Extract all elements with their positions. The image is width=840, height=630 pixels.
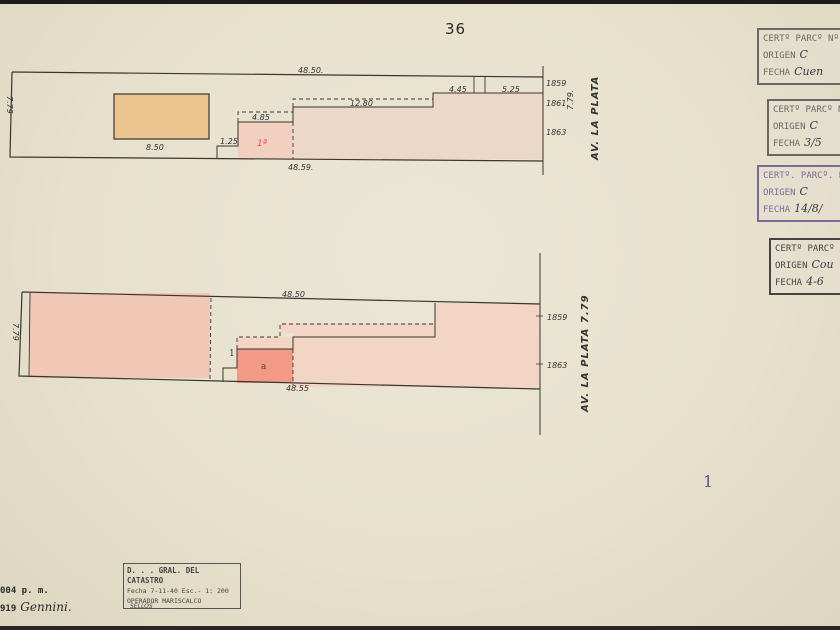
origen-label: ORIGEN bbox=[763, 51, 796, 61]
unit-mark: 1ª bbox=[257, 139, 268, 149]
stamp-title: CERTº PARCº Nº bbox=[773, 103, 840, 118]
mid-dim-label: 12.80 bbox=[350, 99, 373, 108]
fecha-label: FECHA bbox=[775, 278, 802, 288]
small-dim-label: 1.25 bbox=[220, 137, 238, 146]
house-number-1859: 1859 bbox=[546, 79, 566, 88]
bottom-length-label: 48.59. bbox=[288, 163, 313, 172]
street-width-label: 7.79. bbox=[566, 90, 575, 110]
plan-top: 48.50. 48.59. 8.50 1.25 4.85 12.80 4.45 … bbox=[5, 66, 601, 175]
margin-mark: 1 bbox=[703, 472, 713, 491]
small-dim-label-2: 4.85 bbox=[252, 113, 270, 122]
footer-line-2: 919Gennini. bbox=[0, 600, 72, 614]
origen-label: ORIGEN bbox=[775, 261, 808, 271]
inner-rect-label: 8.50 bbox=[146, 143, 164, 152]
origen-value: C bbox=[800, 185, 808, 198]
cert-stamp-4: CERTº PARCº ORIGENCou FECHA4-6 bbox=[769, 238, 840, 295]
fecha-label: FECHA bbox=[763, 205, 790, 215]
seg-dim-label-1: 4.45 bbox=[449, 85, 467, 94]
catastro-title: D. . . GRAL. DEL CATASTRO bbox=[127, 566, 237, 586]
unit-mark: a bbox=[261, 362, 267, 372]
plan-bottom: 48.50 48.55 a 1 7.79 1859 1863 AV. LA PL… bbox=[11, 253, 591, 435]
seg-dim-label-2: 5.25 bbox=[502, 85, 520, 94]
footer-line-1: 004 p. m. bbox=[0, 586, 49, 596]
top-length-label: 48.50. bbox=[298, 66, 323, 75]
fecha-value: 4-6 bbox=[806, 275, 824, 288]
house-number-1863: 1863 bbox=[547, 361, 567, 370]
origen-label: ORIGEN bbox=[773, 122, 806, 132]
street-label: AV. LA PLATA 7.79 bbox=[580, 294, 591, 413]
bottom-length-label: 48.55 bbox=[286, 384, 309, 393]
stamp-title: CERTº PARCº bbox=[775, 242, 840, 257]
street-name-label: AV. LA PLATA bbox=[590, 76, 601, 161]
stamp-title: CERTº PARCº Nº bbox=[763, 32, 840, 47]
stamp-title: CERTº. PARCº. Nº bbox=[763, 169, 840, 184]
origen-value: Cou bbox=[812, 258, 834, 271]
cert-stamp-2: CERTº PARCº Nº ORIGENC FECHA3/5 bbox=[767, 99, 840, 156]
fecha-value: 3/5 bbox=[804, 136, 822, 149]
house-number-1861: 1861 bbox=[546, 99, 566, 108]
house-number-1859: 1859 bbox=[547, 313, 567, 322]
frontage-label: 7.79 bbox=[5, 96, 14, 114]
fecha-label: FECHA bbox=[773, 139, 800, 149]
frontage-label: 7.79 bbox=[11, 323, 20, 341]
origen-value: C bbox=[810, 119, 818, 132]
small-mark: 1 bbox=[229, 349, 235, 359]
fecha-value: Cuen bbox=[794, 65, 823, 78]
signature: Gennini. bbox=[20, 600, 71, 614]
top-length-label: 48.50 bbox=[282, 290, 305, 299]
origen-label: ORIGEN bbox=[763, 188, 796, 198]
sellos-note: SELLOS bbox=[130, 603, 153, 610]
fecha-value: 14/8/ bbox=[794, 202, 822, 215]
fecha-label: FECHA bbox=[763, 68, 790, 78]
footer-number: 919 bbox=[0, 604, 16, 614]
cadastral-plans: 48.50. 48.59. 8.50 1.25 4.85 12.80 4.45 … bbox=[0, 0, 840, 630]
catastro-fecha: Fecha 7-11-40 Esc.- 1: 200 bbox=[127, 586, 237, 596]
cert-stamp-3: CERTº. PARCº. Nº ORIGENC FECHA14/8/ bbox=[757, 165, 840, 222]
cert-stamp-1: CERTº PARCº Nº ORIGENC FECHACuen bbox=[757, 28, 840, 85]
house-number-1863: 1863 bbox=[546, 128, 566, 137]
origen-value: C bbox=[800, 48, 808, 61]
